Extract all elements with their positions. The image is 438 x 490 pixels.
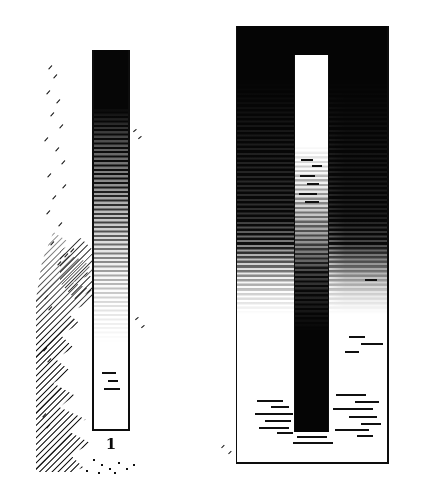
tube-2 bbox=[294, 55, 329, 432]
engraving-speck bbox=[118, 462, 120, 464]
vessel-outline: 2 bbox=[236, 26, 389, 464]
liquid-dash bbox=[349, 416, 377, 418]
liquid-dash bbox=[293, 442, 333, 444]
engraving-tick-mark bbox=[228, 451, 232, 455]
engraving-tick-mark bbox=[58, 223, 62, 227]
engraving-speck bbox=[93, 459, 95, 461]
engraving-tick-mark bbox=[53, 75, 57, 79]
liquid-dash bbox=[299, 193, 317, 195]
liquid-dash bbox=[307, 183, 319, 185]
engraving-tick-mark bbox=[62, 185, 66, 189]
engraving-tick-mark bbox=[52, 196, 56, 200]
liquid-dash bbox=[312, 165, 322, 167]
engraving-speck bbox=[109, 468, 111, 470]
liquid-dash bbox=[297, 436, 327, 438]
liquid-dash bbox=[355, 401, 379, 403]
liquid-dash bbox=[259, 427, 289, 429]
engraving-tick-mark bbox=[46, 91, 50, 95]
liquid-dash bbox=[257, 400, 283, 402]
liquid-dash bbox=[361, 343, 383, 345]
engraving-tick-mark bbox=[48, 66, 52, 70]
engraving-speck bbox=[126, 468, 128, 470]
engraving-tick-mark bbox=[133, 129, 137, 133]
liquid-dash bbox=[345, 351, 359, 353]
liquid-dash bbox=[300, 175, 315, 177]
engraving-tick-mark bbox=[44, 138, 48, 142]
engraving-tick-mark bbox=[61, 161, 65, 165]
engraving-speck bbox=[101, 464, 103, 466]
engraving-tick-mark bbox=[221, 445, 225, 449]
engraving-tick-mark bbox=[47, 174, 51, 178]
liquid-dash bbox=[277, 432, 293, 434]
engraving-tick-mark bbox=[141, 325, 145, 329]
tube-1 bbox=[92, 50, 130, 431]
liquid-dash bbox=[108, 380, 118, 382]
liquid-dash bbox=[365, 279, 377, 281]
engraving-tick-mark bbox=[59, 125, 63, 129]
liquid-dash bbox=[271, 406, 289, 408]
liquid-dash bbox=[361, 423, 381, 425]
liquid-dash bbox=[305, 201, 319, 203]
liquid-dash bbox=[333, 408, 373, 410]
engraving-speck bbox=[86, 470, 88, 472]
liquid-dash bbox=[349, 336, 365, 338]
liquid-dash bbox=[301, 159, 313, 161]
engraving-speck bbox=[133, 464, 135, 466]
liquid-dash bbox=[336, 394, 366, 396]
engraving-tick-mark bbox=[56, 100, 60, 104]
engraving-tick-mark bbox=[138, 136, 142, 140]
engraving-tick-mark bbox=[50, 113, 54, 117]
figure-1-label: 1 bbox=[92, 435, 130, 453]
liquid-dash bbox=[255, 413, 293, 415]
engraving-speck bbox=[114, 472, 116, 474]
liquid-dash bbox=[104, 388, 120, 390]
liquid-dash bbox=[335, 429, 369, 431]
liquid-dash bbox=[102, 372, 116, 374]
tube-2-liquid-column bbox=[295, 55, 328, 432]
liquid-dash bbox=[265, 420, 291, 422]
engraving-tick-mark bbox=[135, 317, 139, 321]
liquid-dash bbox=[357, 435, 373, 437]
engraving-tick-mark bbox=[46, 211, 50, 215]
engraving-speck bbox=[98, 472, 100, 474]
engraving-tick-mark bbox=[55, 148, 59, 152]
engraving-figure: 1 2 bbox=[0, 0, 438, 490]
